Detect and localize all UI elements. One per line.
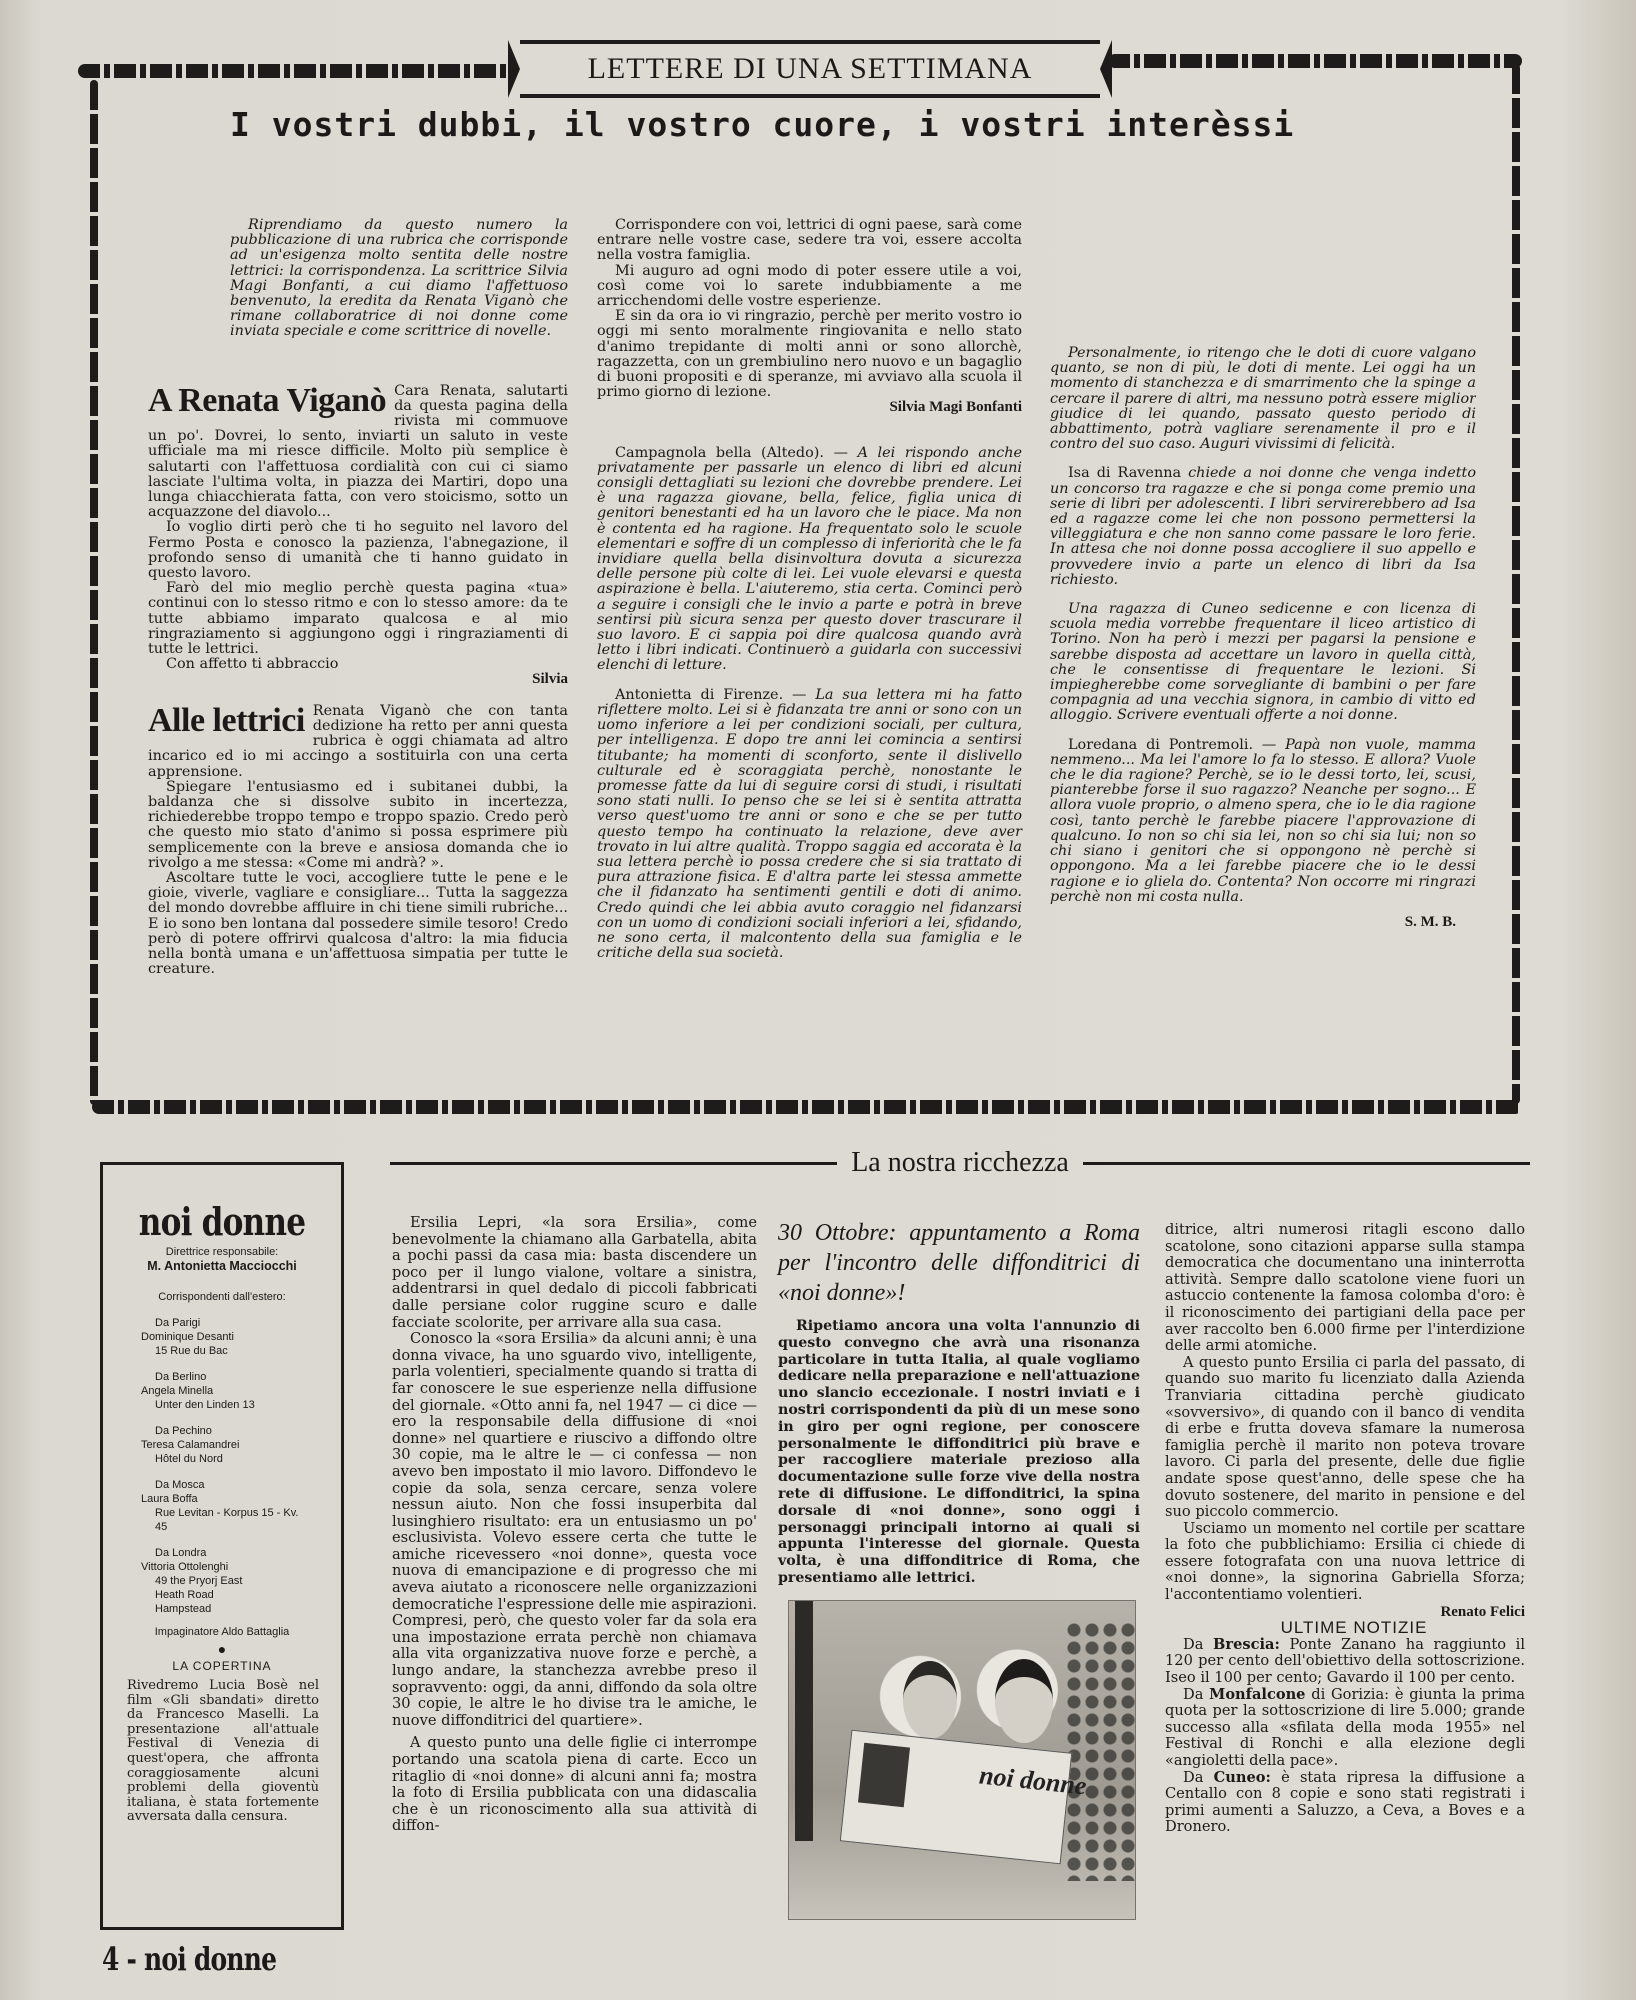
correspondent-address: 49 the Pryorj East Heath Road Hampstead xyxy=(141,1574,265,1616)
section-title-ricchezza: La nostra ricchezza xyxy=(390,1148,1530,1178)
reply-cuneo: Una ragazza di Cuneo sedicenne e con lic… xyxy=(1050,602,1476,724)
news-title: ULTIME NOTIZIE xyxy=(1165,1620,1525,1637)
paragraph: Usciamo un momento nel cortile per scatt… xyxy=(1165,1521,1525,1604)
section-banner: LETTERE DI UNA SETTIMANA xyxy=(520,40,1100,98)
correspondent-name: Vittoria Ottolenghi xyxy=(141,1560,341,1574)
correspondent-name: Teresa Calamandrei xyxy=(141,1438,341,1452)
reply-campagnola: Campagnola bella (Altedo). — A lei rispo… xyxy=(597,446,1022,674)
ornamental-border-bottom xyxy=(92,1100,1522,1114)
correspondents-label: Corrispondenti dall'estero: xyxy=(103,1291,341,1304)
paragraph: ditrice, altri numerosi ritagli escono d… xyxy=(1165,1222,1525,1355)
page-headline: I vostri dubbi, il vostro cuore, i vostr… xyxy=(230,105,1410,144)
correspondent-address: Rue Levitan - Korpus 15 - Kv. 45 xyxy=(141,1506,305,1534)
paragraph: Farò del mio meglio perchè questa pagina… xyxy=(148,581,568,657)
reply-antonietta: Antonietta di Firenze. — La sua lettera … xyxy=(597,688,1022,962)
paragraph: Io voglio dirti però che ti ho seguito n… xyxy=(148,520,568,581)
letter-heading-lettrici: Alle lettrici xyxy=(148,706,305,736)
news-place: Cuneo: xyxy=(1214,1769,1271,1786)
photo-foliage xyxy=(1065,1621,1135,1881)
correspondent-moscow: Da Mosca Laura Boffa Rue Levitan - Korpu… xyxy=(103,1478,341,1534)
cover-title: LA COPERTINA xyxy=(103,1660,341,1673)
title-rule-left xyxy=(390,1162,837,1165)
magazine-page: LETTERE DI UNA SETTIMANA I vostri dubbi,… xyxy=(0,0,1636,2000)
news-place: Monfalcone xyxy=(1209,1686,1305,1703)
cover-text: Rivedremo Lucia Bosè nel film «Gli sband… xyxy=(103,1679,341,1825)
paragraph: Spiegare l'entusiasmo ed i subitanei dub… xyxy=(148,780,568,871)
correspondent-address: Unter den Linden 13 xyxy=(141,1398,341,1412)
signature-smb: S. M. B. xyxy=(1050,915,1476,930)
correspondent-name: Angela Minella xyxy=(141,1384,341,1398)
director-label: Direttrice responsabile: xyxy=(103,1246,341,1259)
intro-paragraph: Riprendiamo da questo numero la pubblica… xyxy=(148,218,568,340)
paragraph: Conosco la «sora Ersilia» da alcuni anni… xyxy=(392,1331,757,1729)
column-3-replies: Personalmente, io ritengo che le doti di… xyxy=(1050,218,1476,1068)
paragraph: Ersilia Lepri, «la sora Ersilia», come b… xyxy=(392,1215,757,1331)
correspondent-paris: Da Parigi Dominique Desanti 15 Rue du Ba… xyxy=(103,1316,341,1358)
correspondent-beijing: Da Pechino Teresa Calamandrei Hôtel du N… xyxy=(103,1424,341,1466)
paragraph: A questo punto Ersilia ci parla del pass… xyxy=(1165,1355,1525,1521)
correspondent-city: Da Berlino xyxy=(141,1370,341,1384)
news-prefix: Da xyxy=(1183,1636,1203,1653)
correspondent-name: Dominique Desanti xyxy=(141,1330,341,1344)
announcement-heading: 30 Ottobre: appuntamento a Roma per l'in… xyxy=(778,1218,1140,1308)
correspondent-address: Hôtel du Nord xyxy=(141,1452,341,1466)
ricchezza-column-2: 30 Ottobre: appuntamento a Roma per l'in… xyxy=(778,1218,1140,1587)
photo-ersilia-and-reader: noi donne xyxy=(788,1600,1136,1920)
signature-bonfanti: Silvia Magi Bonfanti xyxy=(597,400,1022,415)
news-item-monfalcone: Da Monfalcone di Gorizia: è giunta la pr… xyxy=(1165,1687,1525,1770)
photo-door-post xyxy=(795,1601,813,1841)
masthead-logo: noi donne xyxy=(124,1199,319,1244)
reply-name: Loredana di Pontremoli. — xyxy=(1068,737,1276,753)
news-item-brescia: Da Brescia: Ponte Zanano ha raggiunto il… xyxy=(1165,1637,1525,1687)
photo-woman-left xyxy=(903,1661,957,1739)
bullet-separator: ● xyxy=(103,1643,341,1656)
letter-to-readers: Alle lettrici Renata Viganò che con tant… xyxy=(148,704,568,978)
correspondent-city: Da Londra xyxy=(141,1546,341,1560)
reply-name: Antonietta di Firenze. — xyxy=(615,687,806,703)
letter-heading-renata: A Renata Viganò xyxy=(148,386,386,416)
photo-magazine-image xyxy=(858,1743,910,1807)
reply-antonietta-continued: Personalmente, io ritengo che le doti di… xyxy=(1050,346,1476,452)
reply-loredana: Loredana di Pontremoli. — Papà non vuole… xyxy=(1050,738,1476,905)
ornamental-border-left xyxy=(90,80,98,1105)
page-number-footer: 4 - noi donne xyxy=(102,1940,276,1978)
paragraph: A questo punto una delle figlie ci inter… xyxy=(392,1735,757,1835)
photo-woman-right xyxy=(995,1659,1053,1743)
reply-text: La sua lettera mi ha fatto riflettere mo… xyxy=(597,687,1022,961)
section-banner-text: LETTERE DI UNA SETTIMANA xyxy=(588,52,1033,86)
correspondent-city: Da Pechino xyxy=(141,1424,341,1438)
signature-silvia: Silvia xyxy=(148,672,568,687)
correspondent-address: 15 Rue du Bac xyxy=(141,1344,341,1358)
reply-text: Papà non vuole, mamma nemmeno... Ma lei … xyxy=(1050,737,1476,905)
news-place: Brescia: xyxy=(1213,1636,1280,1653)
reply-isa: Isa di Ravenna chiede a noi donne che ve… xyxy=(1050,466,1476,588)
reply-name: Campagnola bella (Altedo). — xyxy=(615,445,848,461)
director-name: M. Antonietta Macciocchi xyxy=(103,1259,341,1273)
reply-text: A lei rispondo anche privatamente per pa… xyxy=(597,445,1022,674)
section-title-text: La nostra ricchezza xyxy=(837,1147,1083,1179)
ornamental-border-top-left xyxy=(78,64,514,78)
paragraph: Mi auguro ad ogni modo di poter essere u… xyxy=(597,264,1022,310)
news-prefix: Da xyxy=(1183,1686,1203,1703)
reply-name: Isa di Ravenna xyxy=(1068,465,1181,481)
ricchezza-column-3: ditrice, altri numerosi ritagli escono d… xyxy=(1165,1222,1525,1836)
ornamental-border-right xyxy=(1512,64,1520,1104)
correspondent-city: Da Mosca xyxy=(141,1478,341,1492)
column-2-letters: Corrispondere con voi, lettrici di ogni … xyxy=(597,218,1022,961)
reply-text: chiede a noi donne che venga indetto un … xyxy=(1050,465,1476,587)
news-item-cuneo: Da Cuneo: è stata ripresa la diffusione … xyxy=(1165,1770,1525,1836)
correspondent-name: Laura Boffa xyxy=(141,1492,341,1506)
title-rule-right xyxy=(1083,1162,1530,1165)
masthead-box: noi donne Direttrice responsabile: M. An… xyxy=(100,1162,344,1930)
paragraph: Ripetiamo ancora una volta l'annunzio di… xyxy=(778,1318,1140,1587)
letter-to-renata: A Renata Viganò Cara Renata, salutarti d… xyxy=(148,384,568,688)
correspondent-berlin: Da Berlino Angela Minella Unter den Lind… xyxy=(103,1370,341,1412)
correspondent-london: Da Londra Vittoria Ottolenghi 49 the Pry… xyxy=(103,1546,341,1616)
paragraph: Corrispondere con voi, lettrici di ogni … xyxy=(597,218,1022,264)
correspondent-city: Da Parigi xyxy=(141,1316,341,1330)
ornamental-border-top-right xyxy=(1108,54,1522,68)
news-prefix: Da xyxy=(1183,1769,1203,1786)
ricchezza-column-1: Ersilia Lepri, «la sora Ersilia», come b… xyxy=(392,1215,757,1835)
layout-credit: Impaginatore Aldo Battaglia xyxy=(103,1626,341,1639)
column-1-letters: Riprendiamo da questo numero la pubblica… xyxy=(148,218,568,977)
announcement-body: Ripetiamo ancora una volta l'annunzio di… xyxy=(778,1318,1140,1587)
paragraph: Con affetto ti abbraccio xyxy=(148,657,568,672)
paragraph: E sin da ora io vi ringrazio, perchè per… xyxy=(597,309,1022,400)
paragraph: Ascoltare tutte le voci, accogliere tutt… xyxy=(148,871,568,977)
